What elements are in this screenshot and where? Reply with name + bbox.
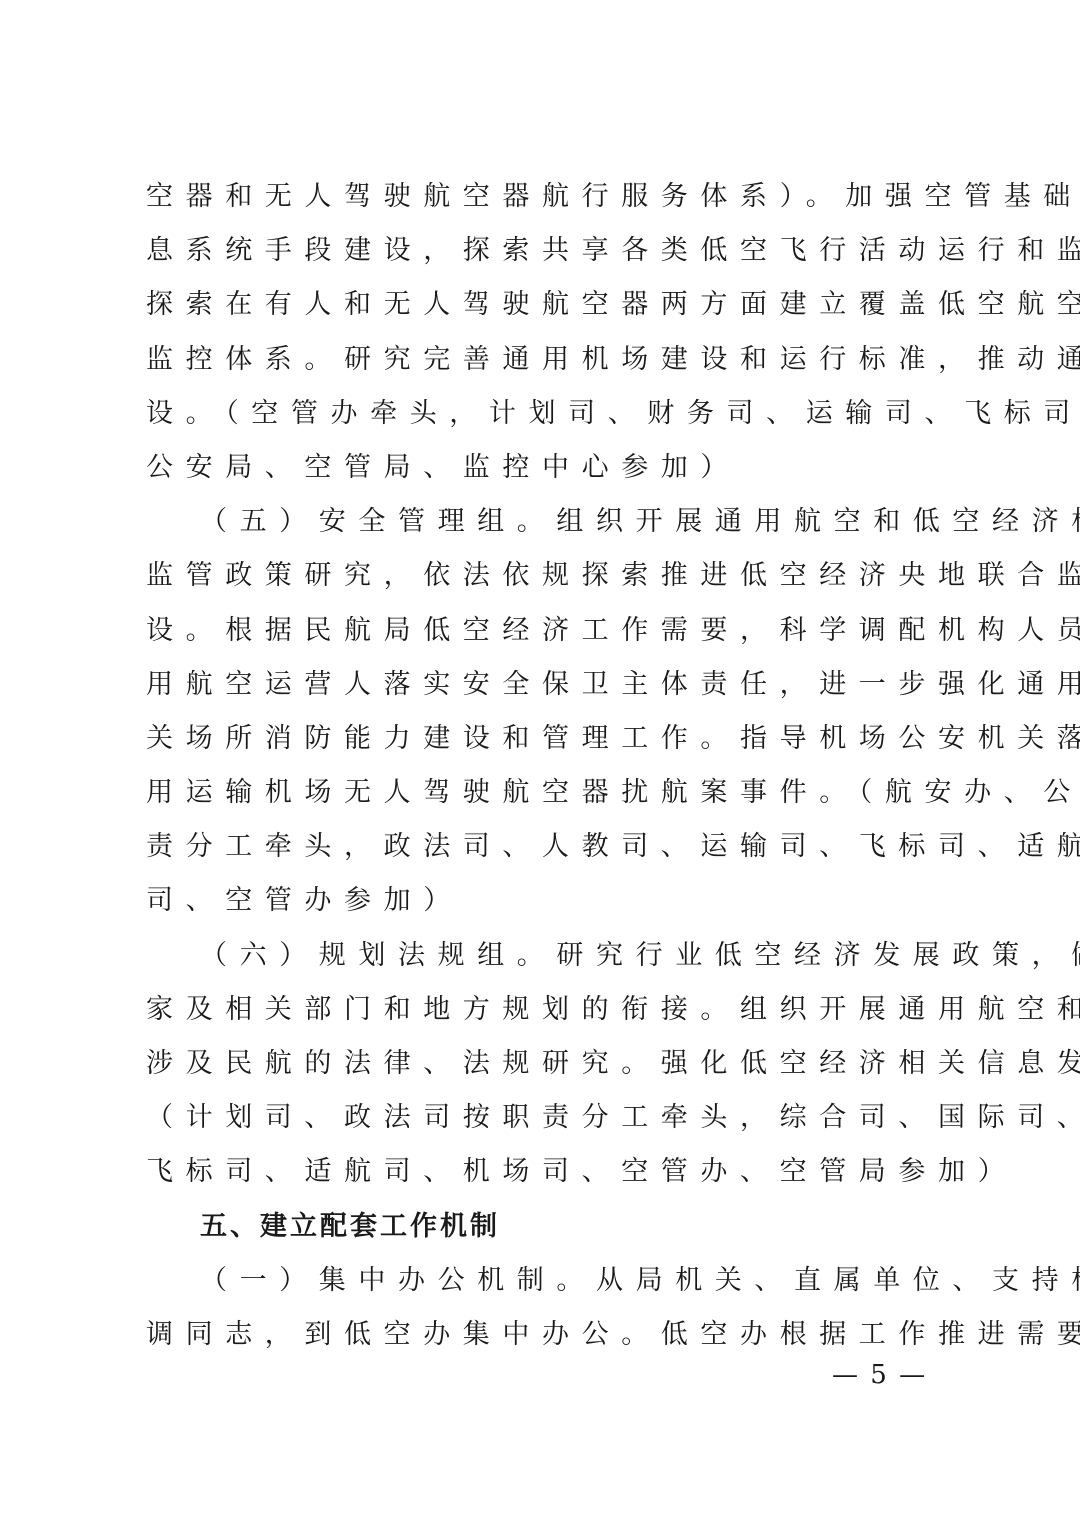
text-line: 关场所消防能力建设和管理工作。指导机场公安机关落地查处民 bbox=[146, 718, 946, 772]
text-line: 调同志，到低空办集中办公。低空办根据工作推进需要，成立工 bbox=[146, 1314, 946, 1368]
text-line: 用航空运营人落实安全保卫主体责任，进一步强化通用机场等相 bbox=[146, 664, 946, 718]
text-line: 空器和无人驾驶航空器航行服务体系）。加强空管基础设施、信 bbox=[146, 176, 946, 230]
section-five-first-line: （五）安全管理组。组织开展通用航空和低空经济相关安全 bbox=[146, 501, 946, 555]
text-line: 公安局、空管局、监控中心参加） bbox=[146, 447, 946, 501]
text-line: 监管政策研究，依法依规探索推进低空经济央地联合监管体系建 bbox=[146, 555, 946, 609]
text-line: 用运输机场无人驾驶航空器扰航案事件。（航安办、公安局按职 bbox=[146, 772, 946, 826]
text-line: 飞标司、适航司、机场司、空管办、空管局参加） bbox=[146, 1151, 946, 1205]
text-line: 司、空管办参加） bbox=[146, 880, 946, 934]
text-line: 监控体系。研究完善通用机场建设和运行标准，推动通用机场建 bbox=[146, 339, 946, 393]
section-six-first-line: （六）规划法规组。研究行业低空经济发展政策，做好与国 bbox=[146, 935, 946, 989]
text-line: 息系统手段建设，探索共享各类低空飞行活动运行和监管数据。 bbox=[146, 230, 946, 284]
text-line: 家及相关部门和地方规划的衔接。组织开展通用航空和低空经济 bbox=[146, 989, 946, 1043]
document-page: 空器和无人驾驶航空器航行服务体系）。加强空管基础设施、信 息系统手段建设，探索共… bbox=[0, 0, 1080, 1527]
text-line: 设。（空管办牵头，计划司、财务司、运输司、飞标司、机场司、 bbox=[146, 393, 946, 447]
text-line: 设。根据民航局低空经济工作需要，科学调配机构人员。指导通 bbox=[146, 610, 946, 664]
text-line: （计划司、政法司按职责分工牵头，综合司、国际司、运输司、 bbox=[146, 1097, 946, 1151]
section-heading: 五、建立配套工作机制 bbox=[146, 1206, 946, 1260]
text-line: 责分工牵头，政法司、人教司、运输司、飞标司、适航司、机场 bbox=[146, 826, 946, 880]
page-number: — 5 — bbox=[832, 1358, 927, 1392]
text-line: 探索在有人和无人驾驶航空器两方面建立覆盖低空航空器运行的 bbox=[146, 284, 946, 338]
text-line: 涉及民航的法律、法规研究。强化低空经济相关信息发布管理。 bbox=[146, 1043, 946, 1097]
body-text: 空器和无人驾驶航空器航行服务体系）。加强空管基础设施、信 息系统手段建设，探索共… bbox=[146, 176, 946, 1368]
mechanism-one-first-line: （一）集中办公机制。从局机关、直属单位、支持机构等抽 bbox=[146, 1260, 946, 1314]
